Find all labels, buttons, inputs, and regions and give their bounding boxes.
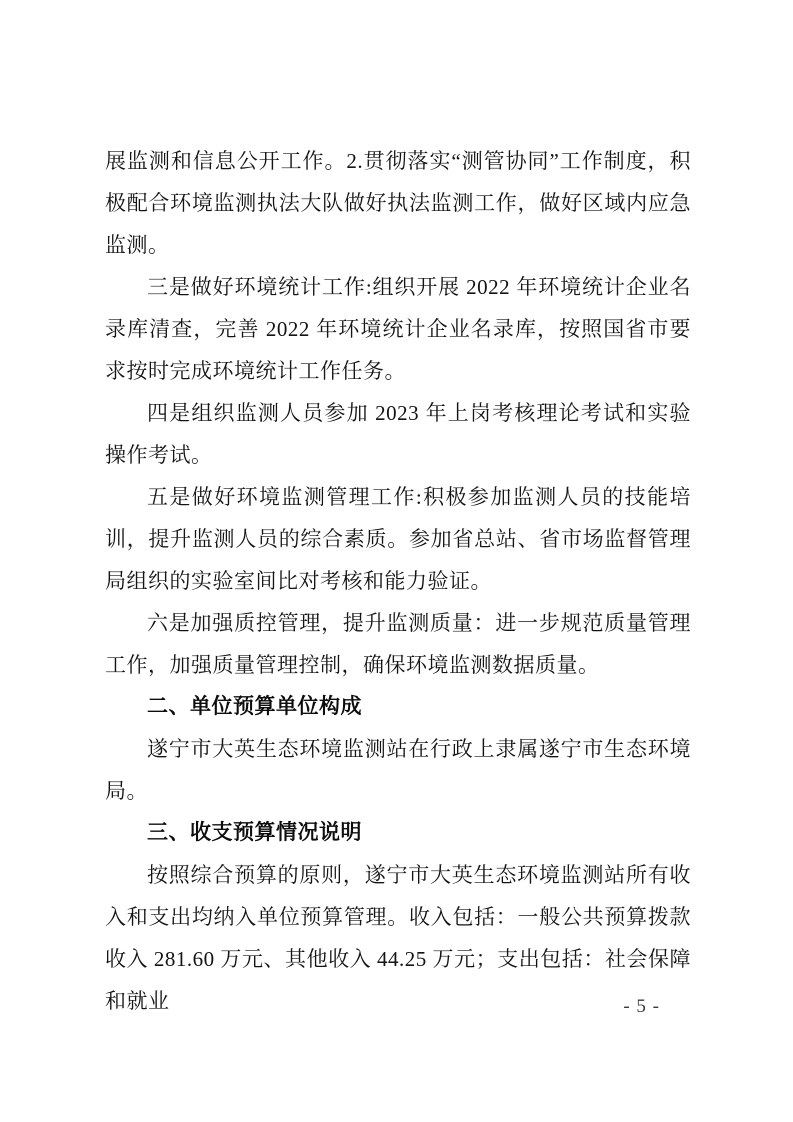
paragraph: 遂宁市大英生态环境监测站在行政上隶属遂宁市生态环境局。: [105, 728, 691, 812]
paragraph: 五是做好环境监测管理工作:积极参加监测人员的技能培训，提升监测人员的综合素质。参…: [105, 476, 691, 602]
section-heading: 二、单位预算单位构成: [105, 686, 691, 728]
document-page: 展监测和信息公开工作。2.贯彻落实“测管协同”工作制度，积极配合环境监测执法大队…: [0, 0, 793, 1122]
paragraph: 六是加强质控管理，提升监测质量：进一步规范质量管理工作，加强质量管理控制，确保环…: [105, 602, 691, 686]
paragraph: 三是做好环境统计工作:组织开展 2022 年环境统计企业名录库清查，完善 202…: [105, 266, 691, 392]
paragraph: 四是组织监测人员参加 2023 年上岗考核理论考试和实验操作考试。: [105, 392, 691, 476]
paragraph: 展监测和信息公开工作。2.贯彻落实“测管协同”工作制度，积极配合环境监测执法大队…: [105, 140, 691, 266]
paragraph: 按照综合预算的原则，遂宁市大英生态环境监测站所有收入和支出均纳入单位预算管理。收…: [105, 854, 691, 1022]
section-heading: 三、收支预算情况说明: [105, 812, 691, 854]
document-body: 展监测和信息公开工作。2.贯彻落实“测管协同”工作制度，积极配合环境监测执法大队…: [105, 140, 691, 1022]
page-number: - 5 -: [623, 994, 660, 1020]
